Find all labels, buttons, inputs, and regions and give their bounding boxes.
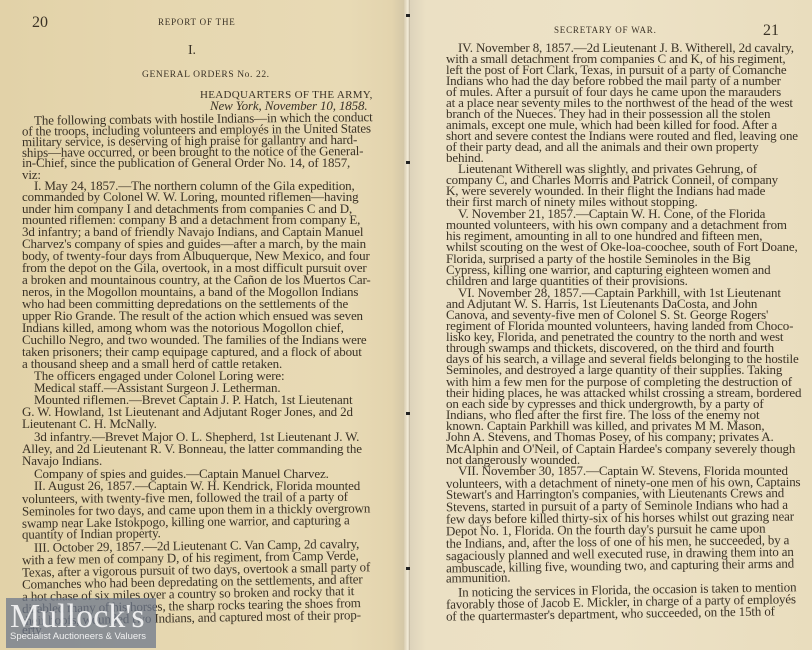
page-number: 20: [32, 14, 48, 32]
watermark-tagline: Specialist Auctioneers & Valuers: [10, 631, 146, 642]
section-numeral: I.: [188, 45, 196, 57]
left-page: 20 REPORT OF THE I. GENERAL ORDERS No. 2…: [0, 0, 408, 650]
running-head: REPORT OF THE: [158, 17, 236, 27]
text-line: of the quartermaster's department, who s…: [446, 605, 775, 622]
auction-house-watermark: Mullock's Specialist Auctioneers & Value…: [6, 598, 156, 648]
text-line: ammunition.: [446, 572, 511, 585]
text-line: of their party dead, and all the animals…: [446, 141, 759, 153]
book-spread: 20 REPORT OF THE I. GENERAL ORDERS No. 2…: [0, 0, 812, 650]
page-number: 21: [763, 22, 779, 40]
watermark-brand: Mullock's: [10, 602, 145, 632]
order-title: GENERAL ORDERS No. 22.: [142, 69, 270, 81]
text-line: in-Chief, since the publication of Gener…: [22, 157, 350, 169]
running-head: SECRETARY OF WAR.: [554, 25, 657, 35]
right-page: SECRETARY OF WAR. 21 IV. November 8, 185…: [410, 0, 812, 650]
